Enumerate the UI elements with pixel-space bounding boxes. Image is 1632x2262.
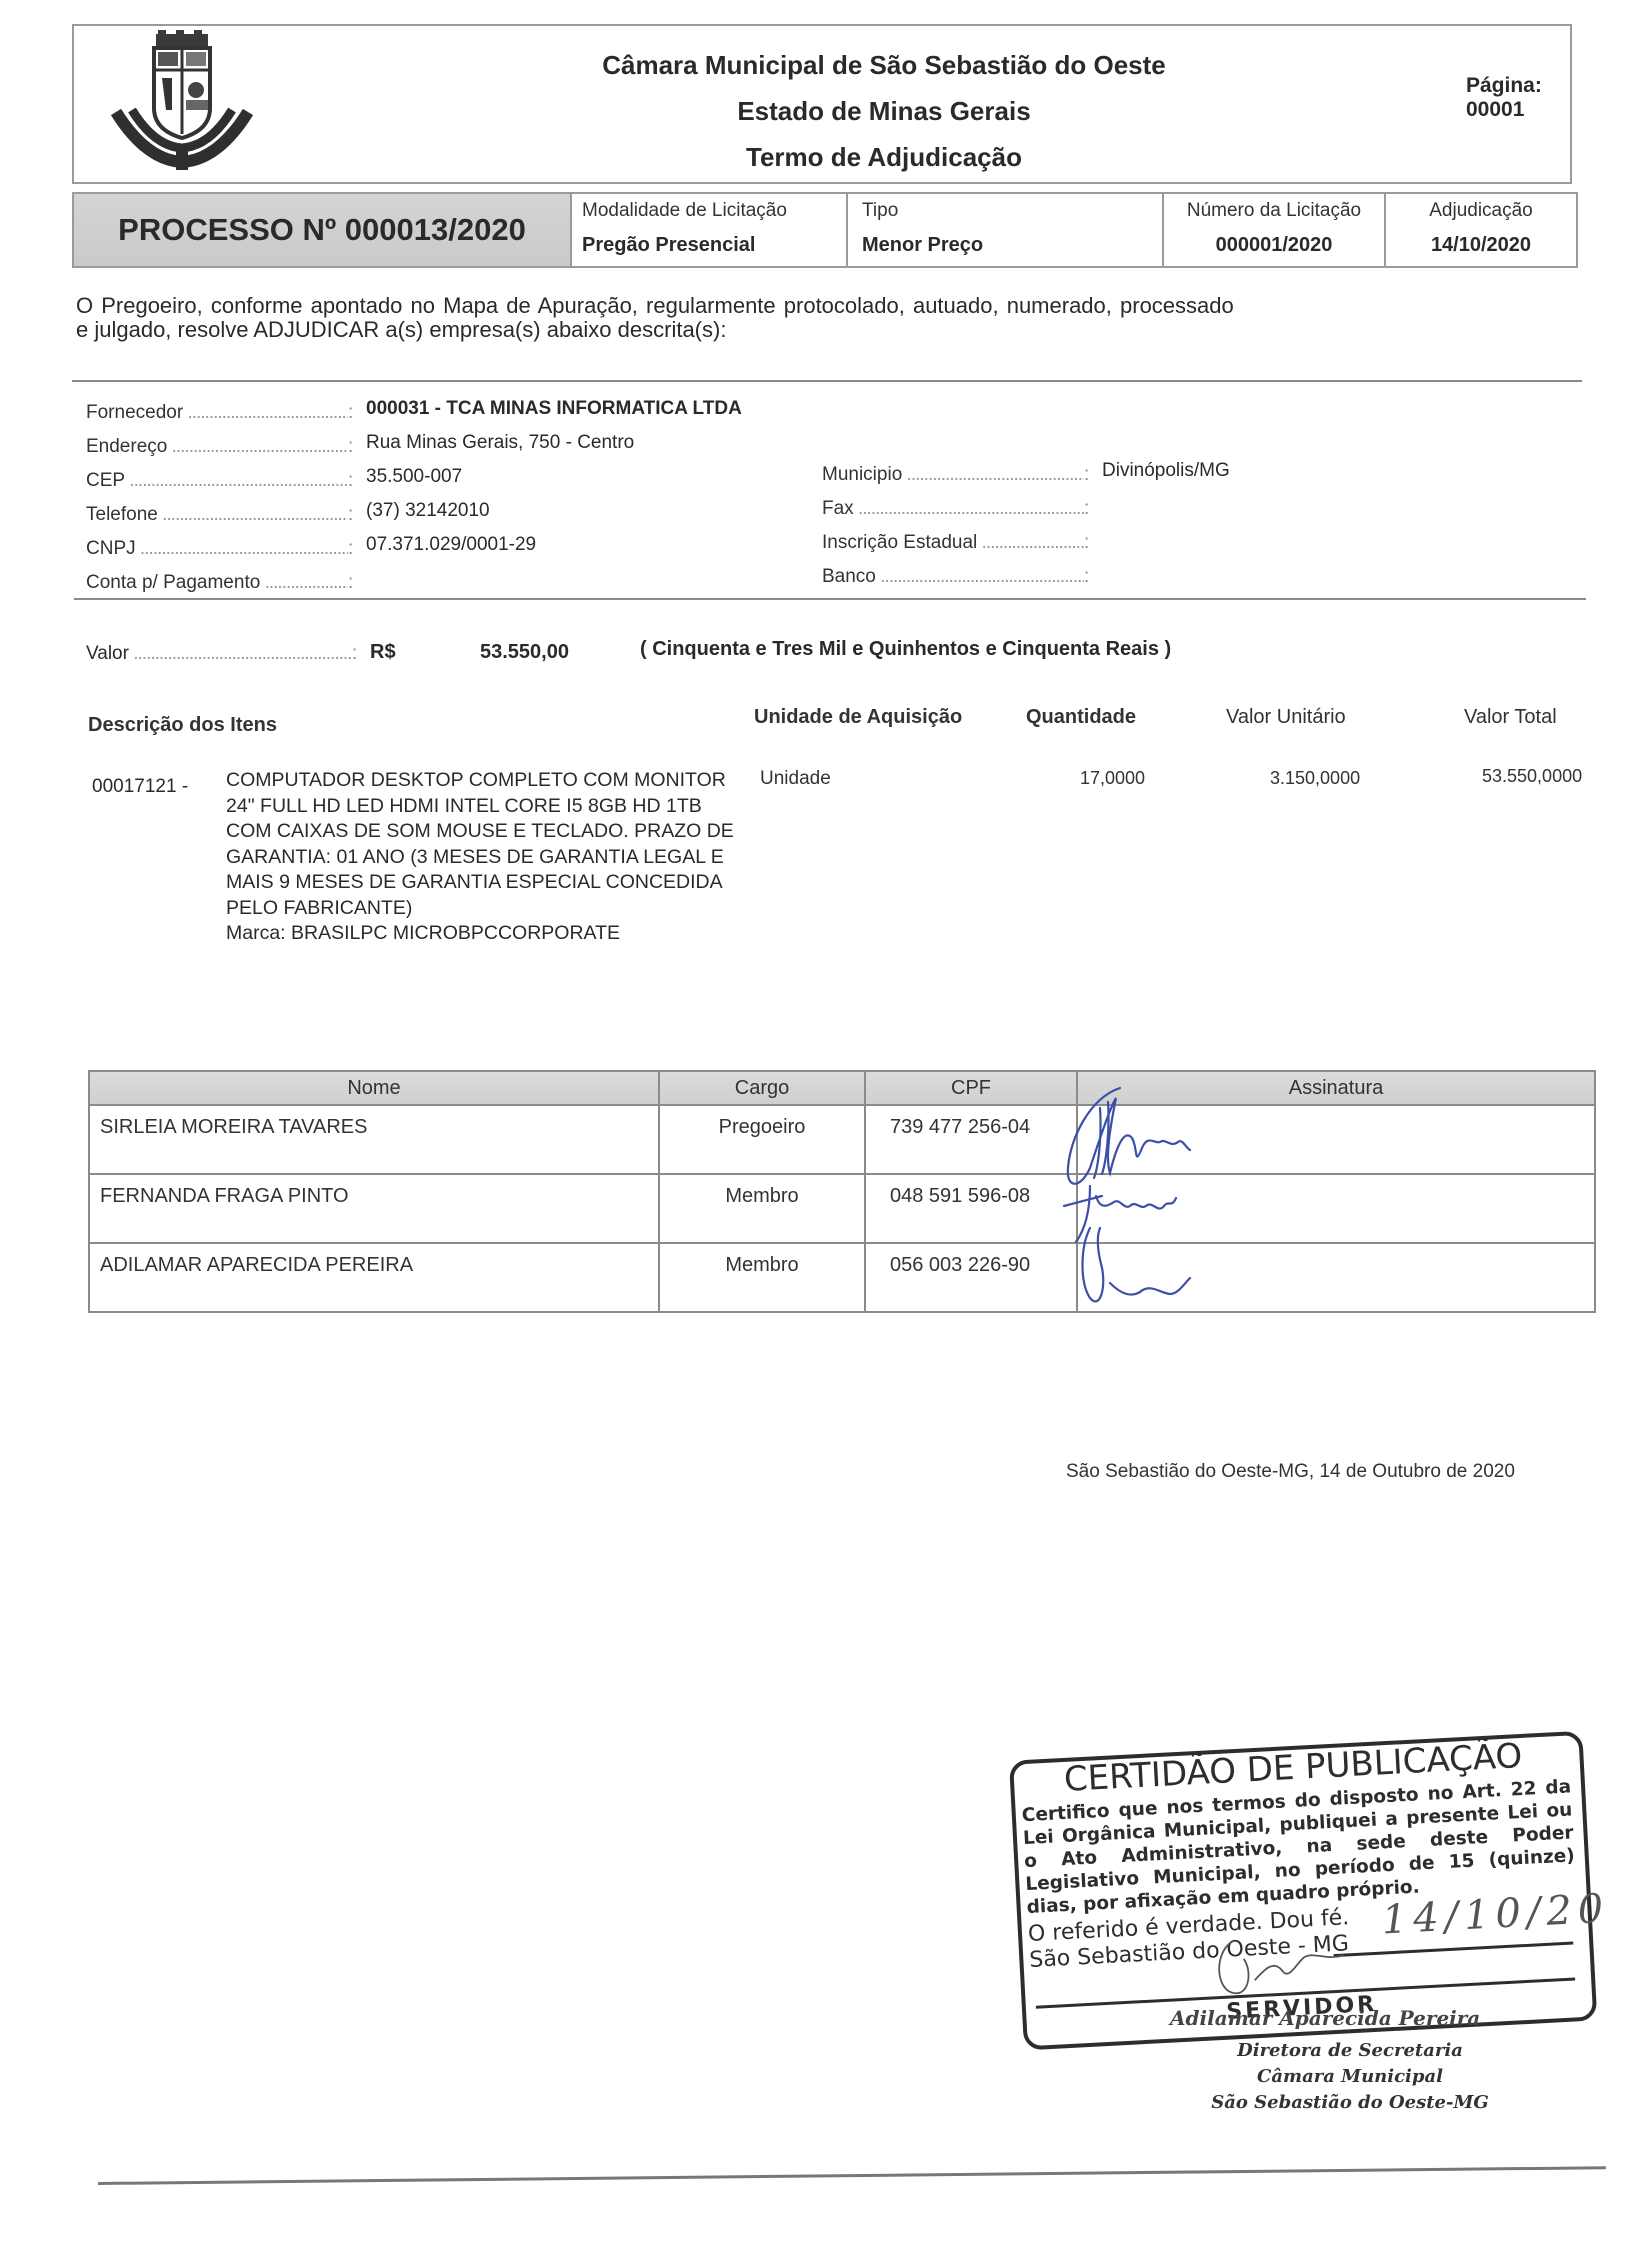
conta-row: Conta p/ Pagamento :: [86, 572, 353, 594]
intro-paragraph: O Pregoeiro, conforme apontado no Mapa d…: [76, 292, 1456, 344]
banco-label: Banco: [822, 566, 1084, 588]
stamp-signature-icon: [1202, 1925, 1365, 2003]
director-name: Adilamar Aparecida Pereira: [1170, 2006, 1480, 2030]
tipo-label: Tipo: [862, 200, 1152, 222]
footer-divider: [98, 2166, 1606, 2185]
municipal-coat-of-arms-icon: [96, 30, 256, 170]
adjudicacao-cell: Adjudicação 14/10/2020: [1386, 194, 1576, 266]
municipio-row: Municipio :: [822, 464, 1089, 486]
item-valor-total: 53.550,0000: [1482, 766, 1582, 787]
process-bar: PROCESSO Nº 000013/2020 Modalidade de Li…: [72, 192, 1578, 268]
institution-name: Câmara Municipal de São Sebastião do Oes…: [454, 50, 1314, 81]
signer-cargo: Membro: [659, 1174, 865, 1243]
divider: [72, 380, 1582, 382]
document-type: Termo de Adjudicação: [454, 142, 1314, 173]
item-valor-unitario: 3.150,0000: [1270, 768, 1360, 789]
items-header-descricao: Descrição dos Itens: [88, 714, 277, 737]
fax-label: Fax: [822, 498, 1084, 520]
telefone-row: Telefone :: [86, 504, 353, 526]
signer-cpf: 056 003 226-90: [865, 1243, 1077, 1312]
cep-label: CEP: [86, 470, 348, 492]
cep-row: CEP :: [86, 470, 353, 492]
signer-name: ADILAMAR APARECIDA PEREIRA: [89, 1243, 659, 1312]
fornecedor-label: Fornecedor: [86, 402, 348, 424]
page-label: Página:: [1466, 74, 1542, 97]
adjudicacao-label: Adjudicação: [1429, 200, 1533, 222]
table-row: ADILAMAR APARECIDA PEREIRA Membro 056 00…: [89, 1243, 1595, 1312]
signatures-header-row: Nome Cargo CPF Assinatura: [89, 1071, 1595, 1105]
handwritten-signatures-icon: [1050, 1078, 1310, 1328]
numero-licitacao-label: Número da Licitação: [1187, 200, 1361, 222]
header-titles: Câmara Municipal de São Sebastião do Oes…: [454, 26, 1314, 196]
item-unidade: Unidade: [760, 768, 831, 790]
table-row: FERNANDA FRAGA PINTO Membro 048 591 596-…: [89, 1174, 1595, 1243]
numero-licitacao-cell: Número da Licitação 000001/2020: [1164, 194, 1386, 266]
telefone-label: Telefone: [86, 504, 348, 526]
valor-colon: :: [352, 643, 357, 665]
fornecedor-value: 000031 - TCA MINAS INFORMATICA LTDA: [366, 398, 742, 420]
inscricao-row: Inscrição Estadual :: [822, 532, 1089, 554]
endereco-value: Rua Minas Gerais, 750 - Centro: [366, 432, 634, 454]
endereco-label: Endereço: [86, 436, 348, 458]
modalidade-value: Pregão Presencial: [582, 234, 836, 257]
signer-name: SIRLEIA MOREIRA TAVARES: [89, 1105, 659, 1174]
valor-currency: R$: [370, 641, 396, 664]
items-header-valor-unitario: Valor Unitário: [1226, 706, 1346, 729]
tipo-value: Menor Preço: [862, 234, 1152, 257]
telefone-value: (37) 32142010: [366, 500, 490, 522]
page-value: 00001: [1466, 98, 1524, 121]
modalidade-cell: Modalidade de Licitação Pregão Presencia…: [572, 194, 848, 266]
signer-name: FERNANDA FRAGA PINTO: [89, 1174, 659, 1243]
municipio-value: Divinópolis/MG: [1102, 460, 1230, 482]
signer-cpf: 048 591 596-08: [865, 1174, 1077, 1243]
item-code: 00017121 -: [92, 776, 188, 798]
items-header-quantidade: Quantidade: [1026, 706, 1136, 729]
conta-label: Conta p/ Pagamento: [86, 572, 348, 594]
signer-cargo: Pregoeiro: [659, 1105, 865, 1174]
banco-row: Banco :: [822, 566, 1089, 588]
col-cpf: CPF: [865, 1071, 1077, 1105]
cnpj-value: 07.371.029/0001-29: [366, 534, 536, 556]
director-city: São Sebastião do Oeste-MG: [1200, 2092, 1500, 2113]
items-header-unidade: Unidade de Aquisição: [754, 706, 962, 729]
signer-cargo: Membro: [659, 1243, 865, 1312]
signatures-table: Nome Cargo CPF Assinatura SIRLEIA MOREIR…: [88, 1070, 1596, 1313]
numero-licitacao-value: 000001/2020: [1216, 234, 1333, 257]
intro-line-2: e julgado, resolve ADJUDICAR a(s) empres…: [76, 316, 1456, 344]
item-brand: Marca: BRASILPC MICROBPCCORPORATE: [226, 921, 746, 947]
director-role: Diretora de Secretaria: [1200, 2040, 1500, 2061]
item-quantidade: 17,0000: [1080, 768, 1145, 789]
adjudicacao-value: 14/10/2020: [1431, 234, 1531, 257]
col-nome: Nome: [89, 1071, 659, 1105]
items-header-valor-total: Valor Total: [1464, 706, 1557, 729]
tipo-cell: Tipo Menor Preço: [848, 194, 1164, 266]
table-row: SIRLEIA MOREIRA TAVARES Pregoeiro 739 47…: [89, 1105, 1595, 1174]
valor-label: Valor: [86, 643, 352, 665]
process-title: PROCESSO Nº 000013/2020: [74, 194, 572, 266]
col-cargo: Cargo: [659, 1071, 865, 1105]
valor-extenso: ( Cinquenta e Tres Mil e Quinhentos e Ci…: [640, 638, 1171, 661]
cnpj-label: CNPJ: [86, 538, 348, 560]
fornecedor-row: Fornecedor :: [86, 402, 353, 424]
cnpj-row: CNPJ :: [86, 538, 353, 560]
divider: [74, 598, 1586, 600]
item-description: COMPUTADOR DESKTOP COMPLETO COM MONITOR …: [226, 768, 746, 947]
municipio-label: Municipio: [822, 464, 1084, 486]
fax-row: Fax :: [822, 498, 1089, 520]
modalidade-label: Modalidade de Licitação: [582, 200, 836, 222]
place-date: São Sebastião do Oeste-MG, 14 de Outubro…: [1066, 1461, 1515, 1483]
signer-cpf: 739 477 256-04: [865, 1105, 1077, 1174]
cep-value: 35.500-007: [366, 466, 462, 488]
endereco-row: Endereço :: [86, 436, 353, 458]
page-number: Página: 00001: [1466, 74, 1570, 122]
director-org: Câmara Municipal: [1200, 2066, 1500, 2087]
item-description-text: COMPUTADOR DESKTOP COMPLETO COM MONITOR …: [226, 768, 746, 921]
state-name: Estado de Minas Gerais: [454, 96, 1314, 127]
inscricao-label: Inscrição Estadual: [822, 532, 1084, 554]
header-box: Câmara Municipal de São Sebastião do Oes…: [72, 24, 1572, 184]
valor-amount: 53.550,00: [480, 641, 569, 664]
